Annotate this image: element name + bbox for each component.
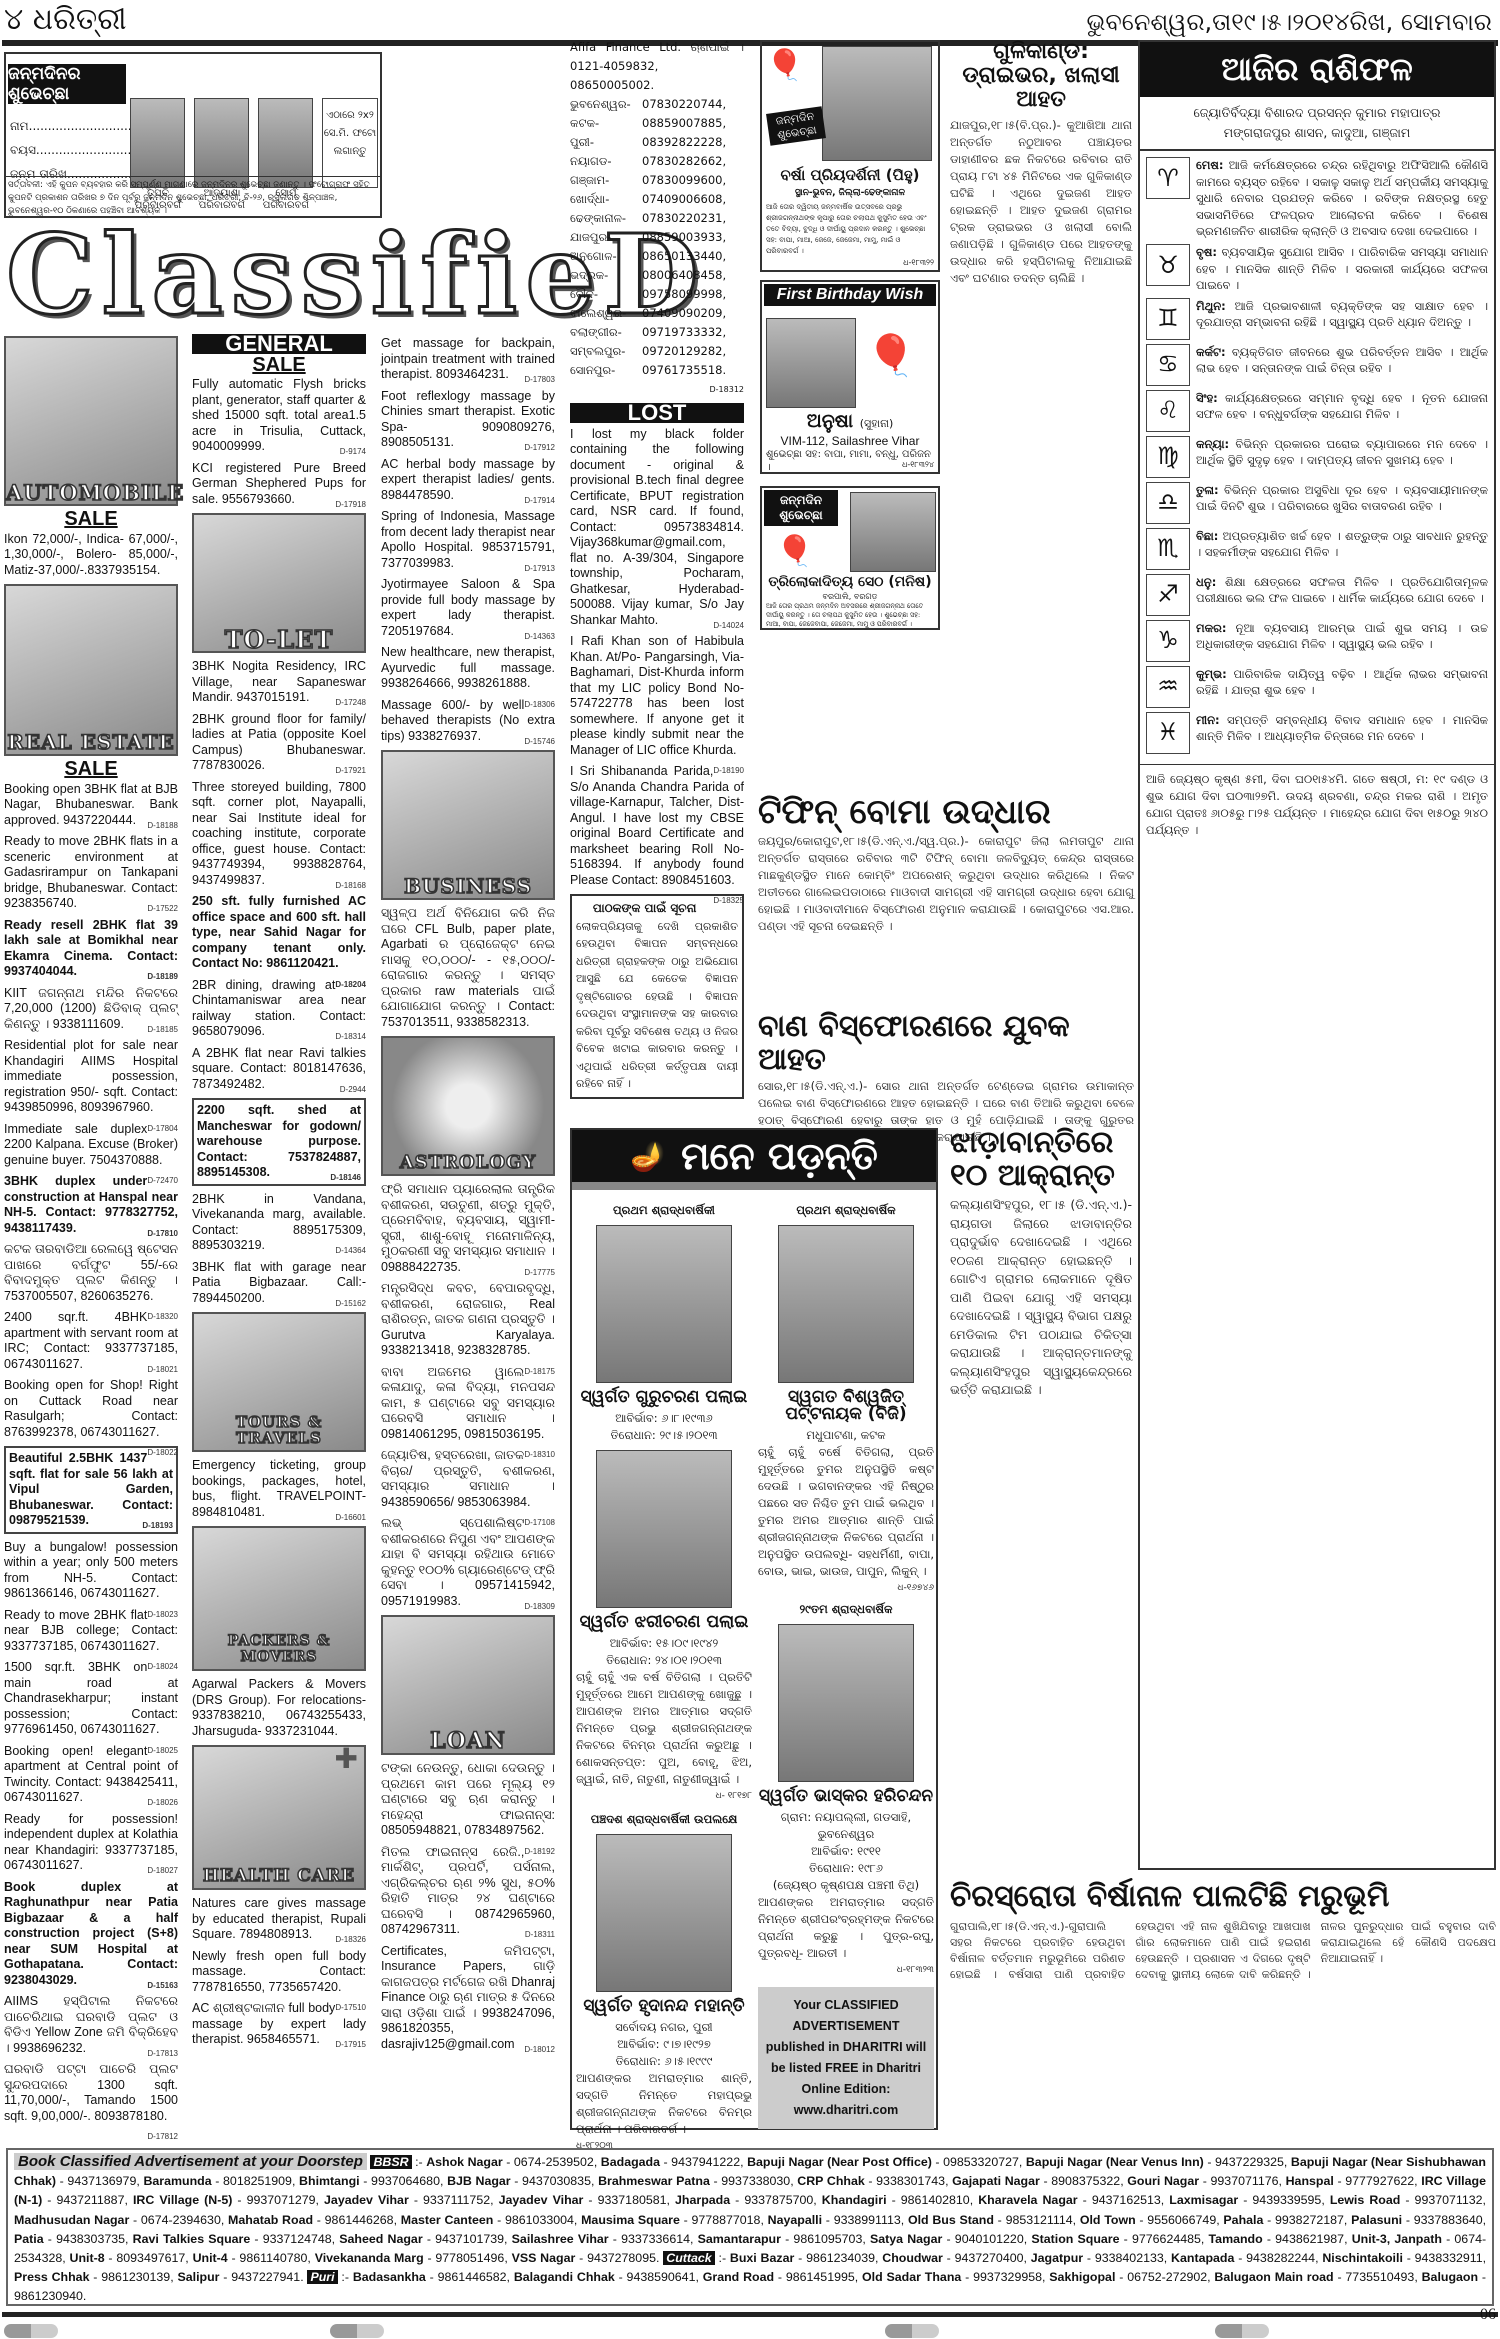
ad-code: D-17813 [147,2046,178,2062]
footer-booking-list: BBSR :- Ashok Nagar - 0674-2539502, Bada… [14,2155,1486,2303]
news-body: ଯାଜପୁର,୧୮।୫(ବି.ପ୍ର.)- କୁଆଖିଆ ଥାନା ଅନ୍ତର୍… [950,117,1132,287]
branch-row: ଢେଙ୍କାନାଳ-07830220231, [570,209,744,228]
classified-ad: A 2BHK flat near Ravi talkies square. Co… [192,1046,366,1093]
ad-code: D-17914 [524,493,555,509]
column-finance-lost: Afifa Finance Ltd. ଋଣପାଇଁ । 0121-4059832… [570,38,744,1099]
classified-ad: I Sri Shibananda Parida, S/o Ananda Chan… [570,764,744,888]
news-headline: ଚିରସ୍ରୋତା ବିର୍ଷାନାଳ ପାଲଟିଛି ମରୁଭୂମି [950,1880,1496,1913]
branch-row: ଯାଜପୁର-08859003933, [570,228,744,247]
finance-intro: Afifa Finance Ltd. ଋଣପାଇଁ । 0121-4059832… [570,38,744,95]
footer-title: Book Classified Advertisement at your Do… [14,2153,367,2170]
news-body: କଲ୍ୟାଣସିଂହପୁର, ୧୮।୫ (ଡି.ଏନ୍.ଏ.)-ରାୟଗଡା ଜ… [950,1196,1132,1400]
news-headline: ଗୁଳିକାଣ୍ଡ: ଡ୍ରାଇଭର, ଖଲାସୀ ଆହତ [950,40,1132,113]
ad-code: D-18193 [142,1518,173,1534]
classified-ad: 250 sft. fully furnished AC office space… [192,894,366,972]
zodiac-icon: ♉ [1146,244,1190,286]
ad-code: D-18027 [147,1863,178,1879]
astrologer-name: ଜ୍ୟୋତିର୍ବିଦ୍ୟା ବିଶାରଦ ପ୍ରସନ୍ନ କୁମାର ମହାପ… [1140,103,1494,123]
ad-code: D-18175 [524,1364,555,1380]
classified-ad: Ready to move 2BHK flats in a sceneric e… [4,834,178,912]
classified-ad: AC herbal body massage by expert therapi… [381,457,555,504]
ad-code: D-18021 [147,1362,178,1378]
notice-text: ଲୋକପ୍ରିୟତାକୁ ଦେଖି ପ୍ରକାଶିତ ହେଉଥିବା ବିଜ୍ଞ… [576,918,738,1093]
varsha-message: ଆଜି ତୋର ଦ୍ୱିତୀୟ ଜନ୍ମବାର୍ଷିକ ଉତ୍ସବରେ ପ୍ରଭ… [766,202,934,257]
branch-row: ପୁରୀ-08392822228, [570,133,744,152]
packers-ads-list: Agarwal Packers & Movers (DRS Group). Fo… [192,1677,366,1739]
varsha-badge: ଜନ୍ମଦିନ ଶୁଭେଚ୍ଛା [766,106,826,145]
ad-code: D-17915 [335,2037,366,2053]
memorial-occasion: ପ୍ରଥମ ଶ୍ରାଦ୍ଧବାର୍ଷିକୀ [576,1202,752,1219]
first-birthday-wish-anusha: First Birthday Wish 🎈 ଅନୁଷା (ସୁହାନା) VIM… [760,280,940,474]
branch-row: ନୟାଗଡ-07830282662, [570,152,744,171]
branch-row: ଖୋର୍ଦ୍ଧା-07409006608, [570,190,744,209]
classified-ad: Get massage for backpain, jointpain trea… [381,336,555,383]
classified-ad: 2200 sqft. shed at Mancheswar for godown… [192,1098,366,1186]
branch-row: ବୌଦ-09758099998, [570,285,744,304]
zodiac-icon: ♎ [1146,482,1190,524]
coupon-title: ଜନ୍ମଦିନର ଶୁଭେଚ୍ଛା [8,64,126,104]
ad-code: D-15746 [524,734,555,750]
memorial-name: ସ୍ୱର୍ଗତ ହୃଦାନନ୍ଦ ମହାନ୍ତି [576,1998,752,2015]
ad-code: D-18309 [524,1599,555,1615]
memorial-name: ସ୍ୱର୍ଗତ ଝରୀଚରଣ ପଲାଇ [576,1614,752,1631]
lost-heading: LOST [570,403,744,423]
ad-code: D-14024 [713,618,744,634]
loan-ads-list: ଟଙ୍କା ନେଉନ୍ତୁ, ଧୋକା ଦେଉନ୍ତୁ । ପ୍ରଥମେ କାମ… [381,1761,555,2052]
ad-code: D-15162 [335,1296,366,1312]
packers-image: PACKERS & MOVERS [192,1526,366,1671]
automobile-image: AUTOMOBILE [4,336,178,506]
anusha-title: First Birthday Wish [764,284,936,306]
zodiac-icon: ♈ [1146,157,1190,199]
trilok-place: ବରପାଲି, ବରଗଡ଼ [762,592,938,602]
lamp-icon: 🪔 [630,1140,665,1173]
rashifal-title: ଆଜିର ରାଶିଫଳ [1140,42,1494,97]
general-sale-ads: Fully automatic Flysh bricks plant, gene… [192,377,366,507]
ad-code: D-18314 [335,1029,366,1045]
branch-row: ଗଞ୍ଜାମ-07830099600, [570,171,744,190]
astrology-ads-list: ଫ୍ରି ସମାଧାନ ପ୍ୟାରେଲାଲ ତାନ୍ତ୍ରିକ ବଶୀକରଣ, … [381,1182,555,1609]
birthday-wish-trilokaditya: ଜନ୍ମଦିନ ଶୁଭେଚ୍ଛା 🎈 ତ୍ରିଲୋକାଦିତ୍ୟ ସେଠ (ମନ… [760,486,940,630]
branch-row: ଭୁବନେଶ୍ୱର-07830220744, [570,95,744,114]
ad-code: D-18204 [335,977,366,993]
classified-ad: Agarwal Packers & Movers (DRS Group). Fo… [192,1677,366,1739]
news-story-5: ଚିରସ୍ରୋତା ବିର୍ଷାନାଳ ପାଲଟିଛି ମରୁଭୂମି ଗୁରା… [950,1880,1496,1983]
rashi-item: ♈ମେଷ: ଆଜି କର୍ମକ୍ଷେତ୍ରରେ ଚନ୍ଦ୍ର ରହିଥିବାରୁ… [1146,157,1488,240]
general-heading: GENERAL [192,334,366,354]
classified-ad: 3BHK flat with garage near Patia Bigbaza… [192,1260,366,1307]
child-photo-1 [130,98,185,188]
classified-ad: Fully automatic Flysh bricks plant, gene… [192,377,366,455]
classified-ad: ଫ୍ରି ସମାଧାନ ପ୍ୟାରେଲାଲ ତାନ୍ତ୍ରିକ ବଶୀକରଣ, … [381,1182,555,1275]
trilok-badge: ଜନ୍ମଦିନ ଶୁଭେଚ୍ଛା [764,490,838,526]
astrologer-address: ମଙ୍ଗରାଜପୁର ଶାସନ, କାଦୁଆ, ଗଞ୍ଜାମ [1140,123,1494,143]
classified-ad: କଟକ ତାରବାଡିଆ ରେଲୱେ ଷ୍ଟେସନ ପାଖରେ ବର୍ଗଫୁଟ … [4,1242,178,1304]
rashi-item: ♉ବୃଷ: ବ୍ୟବସାୟିକ ସୁଯୋଗ ଆସିବ । ପାରିବାରିକ ସ… [1146,244,1488,294]
ad-code: D-18025 [147,1743,178,1759]
classified-ad: Newly fresh open full body massage. Cont… [192,1949,366,1996]
ad-code: D-2944 [340,1082,366,1098]
classified-ad: 2BHK ground floor for family/ ladies at … [192,712,366,774]
child-photo-2 [194,98,249,188]
ad-code: D-14364 [335,1243,366,1259]
plus-icon: ✚ [335,1751,358,1767]
page-label: ୪ ଧରିତ୍ରୀ [4,2,127,37]
branch-row: ବାଲେଶ୍ୱର-07409090209, [570,304,744,323]
news-story-1: ଗୁଳିକାଣ୍ଡ: ଡ୍ରାଇଭର, ଖଲାସୀ ଆହତ ଯାଜପୁର,୧୮।… [950,40,1132,287]
healthcare-image: ✚HEALTH CARE [192,1745,366,1890]
ad-code: D-18185 [147,1022,178,1038]
anusha-photo [766,318,856,408]
classified-ad: 3BHK Nogita Residency, IRC Village, near… [192,659,366,706]
news-body: ଗୁରାପାଲି,୧୮।୫(ଡି.ଏନ୍.ଏ.)-ଗୁରାପାଲି ସହର ନି… [950,1919,1496,1983]
rashi-item: ♎ତୁଳା: ବିଭିନ୍ନ ପ୍ରକାର ଅସୁବିଧା ଦୂର ହେବ । … [1146,482,1488,524]
ad-code: D-17812 [147,2129,178,2145]
news-story-4: ଝାଡ଼ାବାନ୍ତିରେ ୧୦ ଆକ୍ରାନ୍ତ କଲ୍ୟାଣସିଂହପୁର,… [950,1126,1132,1400]
branch-row: ସମ୍ବଲପୁର-09720129282, [570,342,744,361]
column-services: Get massage for backpain, jointpain trea… [381,336,555,2058]
balloons-icon: 🎈 [866,332,916,379]
trilok-message: ଆଜି ତୋର ପ୍ରଥମ ଜନ୍ମଦିନ ଅବସରରେ ଶ୍ରୀଜଗନ୍ନାଥ… [766,602,934,629]
ad-code: D-17803 [524,372,555,388]
classified-ad: KIIT ଜଗନ୍ନାଥ ମନ୍ଦିର ନିକଟରେ 7,20,000 (120… [4,986,178,1033]
memorial-left: ପ୍ରଥମ ଶ୍ରାଦ୍ଧବାର୍ଷିକୀ ସ୍ୱର୍ଗତ ଗୁରୁଚରଣ ପଲ… [576,1202,752,2155]
zodiac-icon: ♐ [1146,574,1190,616]
ad-code: D-17921 [335,763,366,779]
rashi-item: ♌ସିଂହ: କାର୍ଯ୍ୟକ୍ଷେତ୍ରରେ ସମ୍ମାନ ବୃଦ୍ଧି ହେ… [1146,390,1488,432]
ad-code: D-17804 [147,1121,178,1137]
branch-row: ବଲାଙ୍ଗୀର-09719733332, [570,323,744,342]
rashi-item: ♋କର୍କଟ: ବ୍ୟକ୍ତିଗତ ଜୀବନରେ ଶୁଭ ପରିବର୍ତ୍ତନ … [1146,344,1488,386]
rashi-item: ♑ମକର: ନୂଆ ବ୍ୟବସାୟ ଆରମ୍ଭ ପାଇଁ ଶୁଭ ସମୟ । ଉ… [1146,620,1488,662]
zodiac-icon: ♋ [1146,344,1190,386]
memorial-section: 🪔 ମନେ ପଡ଼ନ୍ତି ପ୍ରଥମ ଶ୍ରାଦ୍ଧବାର୍ଷିକୀ ସ୍ୱର… [570,1128,938,2130]
ad-code: D-18023 [147,1607,178,1623]
classified-ad: ଘରବାଡି ପଟ୍ଟା ପାଚେରି ପ୍ଲଟ ସୁନ୍ଦରପଦାରେ 130… [4,2062,178,2124]
branch-row: ଭଦ୍ରକ-08006408458, [570,266,744,285]
ad-code: D-17913 [524,561,555,577]
ad-code: D-17248 [335,695,366,711]
massage-ads-list: Get massage for backpain, jointpain trea… [381,336,555,744]
page-number: 06 [1480,2306,1496,2324]
zodiac-icon: ♊ [1146,298,1190,340]
rashi-item: ♊ମିଥୁନ: ଆଜି ପ୍ରଭାବଶାଳୀ ବ୍ୟକ୍ତିଙ୍କ ସହ ସାକ… [1146,298,1488,340]
ad-code: D-18192 [524,1844,555,1860]
business-image: BUSINESS [381,750,555,900]
memorial-photo [596,1225,732,1383]
trilok-photo [850,492,936,572]
ad-code: D-16601 [335,1510,366,1526]
ad-code: D-18026 [147,1795,178,1811]
ad-code: D-15163 [147,1978,178,1994]
memorial-banner: 🪔 ମନେ ପଡ଼ନ୍ତି [572,1130,936,1190]
ad-code: D-14363 [524,629,555,645]
classified-ad: Spring of Indonesia, Massage from decent… [381,509,555,571]
classified-ad: Emergency ticketing, group bookings, pac… [192,1458,366,1520]
loan-image: LOAN [381,1615,555,1755]
memorial-name: ସ୍ୱର୍ଗତ ଗୁରୁଚରଣ ପଲାଇ [576,1389,752,1406]
news-headline: ବାଣ ବିସ୍ଫୋରଣରେ ଯୁବକ ଆହତ [758,1010,1134,1076]
classified-ad: Three storeyed building, 7800 sqft. corn… [192,780,366,889]
child-photo-3 [258,98,313,188]
classified-ad: Buy a bungalow! possession within a year… [4,1540,178,1602]
column-automobile-realestate: AUTOMOBILE SALE Ikon 72,000/-, Indica- 6… [4,336,178,2145]
classified-ad: ଟଙ୍କା ନେଉନ୍ତୁ, ଧୋକା ଦେଉନ୍ତୁ । ପ୍ରଥମେ କାମ… [381,1761,555,1839]
memorial-photo [596,1834,732,1992]
ad-code: D-72470 [147,1173,178,1189]
classified-ad: 2BHK in Vandana, Vivekananda marg, avail… [192,1192,366,1254]
ad-code: D-9174 [340,444,366,460]
zodiac-icon: ♏ [1146,528,1190,570]
classified-ad: I Rafi Khan son of Habibula Khan. At/Po-… [570,634,744,758]
balloons-icon: 🎈 [766,48,803,83]
birthday-wish-varsha: 🎈 ଜନ୍ମଦିନ ଶୁଭେଚ୍ଛା ବର୍ଷା ପ୍ରିୟଦର୍ଶିନୀ (ପ… [760,40,940,272]
rashifal-section: ଆଜିର ରାଶିଫଳ ଜ୍ୟୋତିର୍ବିଦ୍ୟା ବିଶାରଦ ପ୍ରସନ୍… [1138,40,1496,1870]
lost-ads-list: I lost my black folder containing the fo… [570,427,744,889]
news-headline: ଟିଫିନ୍ ବୋମା ଉଦ୍ଧାର [758,794,1134,831]
general-sale-heading: SALE [192,358,366,374]
classified-ad: New healthcare, new therapist, Ayurvedic… [381,645,555,692]
ad-code: D-17810 [147,1226,178,1242]
zodiac-icon: ♒ [1146,666,1190,708]
doorstep-booking-box: Book Classified Advertisement at your Do… [6,2148,1494,2306]
classified-ad: Book duplex at Raghunathpur near Patia B… [4,1880,178,1989]
ad-code: D-17775 [524,1265,555,1281]
news-body: ଜୟପୁର/କୋରାପୁଟ,୧୮।୫(ଡି.ଏନ୍.ଏ./ସ୍ୱ.ପ୍ର.)- … [758,833,1134,935]
classified-ad: AIIMS ହସ୍ପିଟାଲ ନିକଟରେ ପାଚେରିଥାଇ ଘରବାଡି ପ… [4,1994,178,2056]
classified-ad: Ready resell 2BHK flat 39 lakh sale at B… [4,918,178,980]
region-tag: Cuttack [663,2251,714,2265]
ad-code: D-18022 [147,1445,178,1461]
ad-code: D-17522 [147,901,178,917]
tours-ads-list: Emergency ticketing, group bookings, pac… [192,1458,366,1520]
ad-code: D-18306 [524,697,555,713]
dateline: ଭୁବନେଶ୍ୱର,ତା୧୯।୫।୨୦୧୪ରିଖ, ସୋମବାର [1087,8,1492,36]
classified-ad: Certificates, ଜମିପଟ୍ଟା, Insurance Papers… [381,1944,555,2053]
classified-ad: Booking open for Shop! Right on Cuttack … [4,1378,178,1440]
tolet-ads-list: 3BHK Nogita Residency, IRC Village, near… [192,659,366,1306]
photo-placeholder-box[interactable]: ଏଠାରେ ୨x୨ ସେ.ମି. ଫଟୋ ଲଗାନ୍ତୁ [322,98,378,188]
ad-code: D-17912 [524,440,555,456]
region-tag: Puri [307,2270,337,2284]
ad-code: D-18024 [147,1659,178,1675]
anusha-code: ଧ-୧୮୩୨୪ [902,460,934,470]
classified-ad: Ikon 72,000/-, Indica- 67,000/-, 1,30,00… [4,532,178,579]
rashi-list: ♈ମେଷ: ଆଜି କର୍ମକ୍ଷେତ୍ରରେ ଚନ୍ଦ୍ର ରହିଥିବାରୁ… [1140,151,1494,764]
balloons-icon: 🎈 [776,534,813,569]
ad-code: D-18320 [147,1309,178,1325]
astrology-image: ASTROLOGY [381,1036,555,1176]
rashi-item: ♐ଧନୁ: ଶିକ୍ଷା କ୍ଷେତ୍ରରେ ସଫଳତା ମିଳିବ । ପ୍ର… [1146,574,1488,616]
rashi-item: ♓ମୀନ: ସମ୍ପତ୍ତି ସମ୍ବନ୍ଧୀୟ ବିବାଦ ସମାଧାନ ହେ… [1146,712,1488,754]
memorial-photo [596,1450,732,1608]
ad-code: D-18325 [713,893,744,909]
ad-code: D-18012 [524,2042,555,2058]
region-tag: BBSR [370,2155,411,2169]
ad-code: D-18188 [147,818,178,834]
memorial-photo [778,1624,914,1782]
classified-ad: Ready for possession! independent duplex… [4,1812,178,1874]
re-sale-heading: SALE [4,762,178,778]
classified-ad: Residential plot for sale near Khandagir… [4,1038,178,1116]
tours-image: TOURS & TRAVELS [192,1312,366,1452]
ad-code: D-18310 [524,1447,555,1463]
ad-code: D-18326 [335,1932,366,1948]
memorial-right: ପ୍ରଥମ ଶ୍ରାଦ୍ଧବାର୍ଷିକ ସ୍ୱଗତ ବିଶ୍ୱଜିତ୍ ପଟ୍… [758,1202,934,2129]
classified-ad: Natures care gives massage by educated t… [192,1896,366,1943]
rashi-item: ♒କୁମ୍ଭ: ପାରିବାରିକ ଦାୟିତ୍ୱ ବଢ଼ିବ । ଆର୍ଥିକ… [1146,666,1488,708]
ad-code: D-17108 [524,1515,555,1531]
realestate-ads-list: Booking open 3BHK flat at BJB Nagar, Bhu… [4,782,178,2125]
news-headline: ଝାଡ଼ାବାନ୍ତିରେ ୧୦ ଆକ୍ରାନ୍ତ [950,1126,1132,1192]
astrologer-info: ଜ୍ୟୋତିର୍ବିଦ୍ୟା ବିଶାରଦ ପ୍ରସନ୍ନ କୁମାର ମହାପ… [1140,97,1494,151]
scrollbar-thumb[interactable] [4,2324,58,2338]
trilok-name: ତ୍ରିଲୋକାଦିତ୍ୟ ସେଠ (ମନିଷ) [762,574,938,590]
ad-code: D-18146 [330,1170,361,1186]
rashi-item: ♏ବିଛା: ଅପ୍ରତ୍ୟାଶିତ ଖର୍ଚ୍ଚ ହେବ । ଶତ୍ରୁଙ୍କ… [1146,528,1488,570]
zodiac-icon: ♌ [1146,390,1190,432]
branch-row: ଅନୁଗୋଳ-08650133440, [570,247,744,266]
column-general: GENERAL SALE Fully automatic Flysh brick… [192,334,366,2054]
anusha-name: ଅନୁଷା (ସୁହାନା) [762,410,938,432]
varsha-photo [822,46,932,161]
tolet-image: TO-LET [192,513,366,653]
varsha-place: ସ୍ଥାନ-ଭୁବନ, ଜିଲ୍ଲା-ଢେଙ୍କାନାଳ [762,188,938,198]
branch-row: କଟକ-08859007885, [570,114,744,133]
memorial-photo [778,1225,914,1383]
zodiac-icon: ♑ [1146,620,1190,662]
varsha-code: ଧ-୧୮୩୨୨ [903,258,934,268]
ad-code: D-17918 [335,497,366,513]
classified-ad: Booking open 3BHK flat at BJB Nagar, Bhu… [4,782,178,829]
auto-sale-heading: SALE [4,512,178,528]
online-edition-promo: Your CLASSIFIED ADVERTISEMENT published … [758,1987,934,2129]
ad-code: D-18189 [147,969,178,985]
classified-ad: Jyotirmayee Saloon & Spa provide full bo… [381,577,555,639]
rashi-item: ♍କନ୍ୟା: ବିଭିନ୍ନ ପ୍ରକାରର ଘରୋଇ ବ୍ୟାପାରରେ ମ… [1146,436,1488,478]
news-story-2: ଟିଫିନ୍ ବୋମା ଉଦ୍ଧାର ଜୟପୁର/କୋରାପୁଟ,୧୮।୫(ଡି… [758,794,1134,935]
auto-ads-list: Ikon 72,000/-, Indica- 67,000/-, 1,30,00… [4,532,178,579]
classified-ad: KCI registered Pure Breed German Shepher… [192,461,366,508]
varsha-name: ବର୍ଷା ପ୍ରିୟଦର୍ଶିନୀ (ପିହୁ) [762,166,938,184]
healthcare-ads-list: Natures care gives massage by educated t… [192,1896,366,2048]
anusha-address: VIM-112, Sailashree Vihar [762,434,938,448]
memorial-name: ସ୍ୱଗତ ବିଶ୍ୱଜିତ୍ ପଟ୍ଟନାୟକ (ବିଜି) [758,1389,934,1423]
classified-ad: ସ୍ୱଳ୍ପ ଅର୍ଥ ବିନିଯୋଗ କରି ନିଜ ଘରେ CFL Bulb… [381,906,555,1030]
business-ads-list: ସ୍ୱଳ୍ପ ଅର୍ଥ ବିନିଯୋଗ କରି ନିଜ ଘରେ CFL Bulb… [381,906,555,1030]
finance-ad: Afifa Finance Ltd. ଋଣପାଇଁ । 0121-4059832… [570,38,744,399]
ad-code: D-17510 [335,2000,366,2016]
zodiac-icon: ♍ [1146,436,1190,478]
classified-ad: ମନ୍ତ୍ରସିଦ୍ଧ କବଚ, ବେପାରବୃଦ୍ଧି, ବଶୀକରଣ, ରୋ… [381,1281,555,1359]
classified-ad: Foot reflexlogy massage by Chinies smart… [381,389,555,451]
ad-code: D-18311 [525,1927,555,1943]
panjika-text: ଆଜି ଜ୍ୟେଷ୍ଠ କୃଷ୍ଣ ୫ମୀ, ଦିବା ଘ୦୧ା୫୪ମି. ଗତ… [1140,764,1494,845]
realestate-image: REAL ESTATE [4,584,178,756]
scrollbar-thumb[interactable] [1215,2324,1269,2338]
bottom-rule [2,2312,1498,2317]
ad-code: D-18190 [713,763,744,779]
memorial-name: ସ୍ୱର୍ଗତ ଭାସ୍କର ହରିଚନ୍ଦନ [758,1788,934,1805]
branch-row: ସୋନପୁର-09761735518. [570,361,744,380]
zodiac-icon: ♓ [1146,712,1190,754]
scrollbar-thumb[interactable] [885,2324,939,2338]
scrollbar-thumb[interactable] [330,2324,384,2338]
reader-notice: ପାଠକଙ୍କ ପାଇଁ ସୂଚନା ଲୋକପ୍ରିୟତାକୁ ଦେଖି ପ୍ର… [570,894,744,1099]
classified-ad: I lost my black folder containing the fo… [570,427,744,629]
ad-code: D-18168 [335,878,366,894]
